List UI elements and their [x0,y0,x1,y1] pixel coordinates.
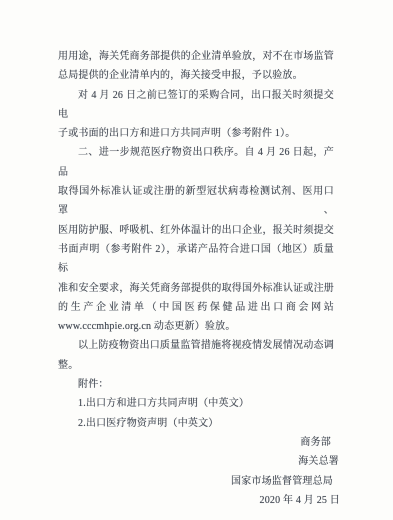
date-line: 2020 年 4 月 25 日 [58,491,340,510]
body-line: 子或书面的出口方和进口方共同声明（参考附件 1）。 [58,124,334,143]
body-line: 对 4 月 26 日之前已签订的采购合同，出口报关时须提交电 [58,86,334,125]
body-line: 用用途，海关凭商务部提供的企业清单验放，对不在市场监管 [58,47,334,66]
notice-body: 用用途，海关凭商务部提供的企业清单验放，对不在市场监管 总局提供的企业清单内的，… [58,47,334,510]
body-line-section-2: 二、进一步规范医疗物资出口秩序。自 4 月 26 日起，产品 [58,143,334,182]
attachment-item-1: 1.出口方和进口方共同声明（中英文） [58,394,334,413]
body-line: 医用防护服、呼吸机、红外体温计的出口企业，报关时须提交 [58,221,334,240]
body-line: 取得国外标准认证或注册的新型冠状病毒检测试剂、医用口罩、 [58,182,334,221]
signature-block: 商务部 海关总署 国家市场监督管理总局 2020 年 4 月 25 日 [58,433,334,510]
body-line: 以上防疫物资出口质量监管措施将视疫情发展情况动态调 [58,336,334,355]
body-line: 整。 [58,356,334,375]
body-line: 总局提供的企业清单内的，海关接受申报，予以验放。 [58,66,334,85]
attachment-item-2: 2.出口医疗物资声明（中英文） [58,414,334,433]
attachments-heading: 附件： [58,375,334,394]
signature-line: 海关总署 [58,452,339,471]
signature-line: 商务部 [58,433,331,452]
body-line: 的生产企业清单（中国医药保健品进出口商会网站 [58,298,334,317]
body-line: 准和安全要求，海关凭商务部提供的取得国外标准认证或注册 [58,279,334,298]
signature-line: 国家市场监督管理总局 [58,472,333,491]
body-line: 书面声明（参考附件 2），承诺产品符合进口国（地区）质量标 [58,240,334,279]
scanned-notice-page: 用用途，海关凭商务部提供的企业清单验放，对不在市场监管 总局提供的企业清单内的，… [0,0,393,520]
body-line-website: www.cccmhpie.org.cn 动态更新）验放。 [58,317,334,336]
